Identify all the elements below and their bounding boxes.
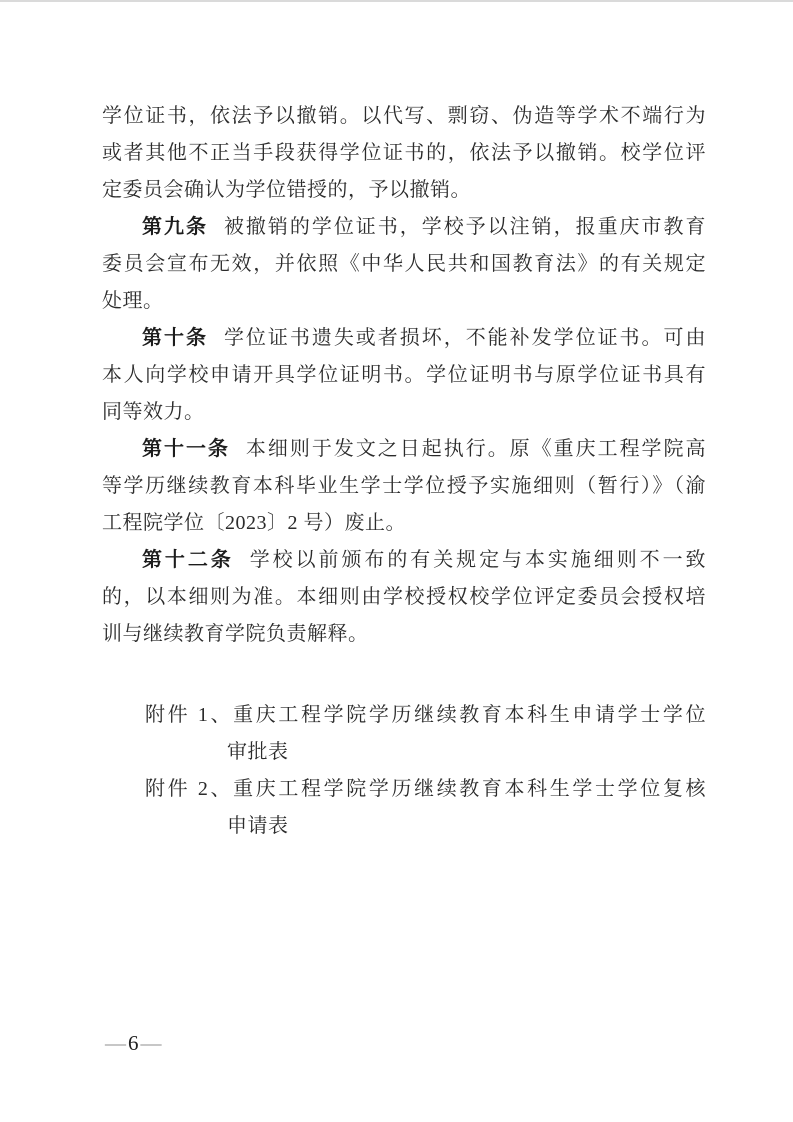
paragraph: 第十二条学校以前颁布的有关规定与本实施细则不一致 的，以本细则为准。本细则由学校…: [102, 542, 706, 653]
attachment-label: 附件 1、: [145, 704, 233, 726]
text-line: 处理。: [102, 283, 706, 320]
article-term: 第十一条: [142, 438, 230, 460]
text-line: 委员会宣布无效，并依照《中华人民共和国教育法》的有关规定: [102, 246, 706, 283]
text-line: 或者其他不正当手段获得学位证书的，依法予以撤销。校学位评: [102, 135, 706, 172]
attachment-line: 附件 2、重庆工程学院学历继续教育本科生学士学位复核: [102, 771, 706, 808]
attachment-line: 申请表: [102, 808, 706, 845]
page-number-value: 6: [126, 1031, 141, 1055]
text-line: 第九条被撤销的学位证书，学校予以注销，报重庆市教育: [102, 209, 706, 246]
text-line: 第十条学位证书遗失或者损坏，不能补发学位证书。可由: [102, 320, 706, 357]
text-line: 的，以本细则为准。本细则由学校授权校学位评定委员会授权培: [102, 579, 706, 616]
attachments-section: 附件 1、重庆工程学院学历继续教育本科生申请学士学位 审批表 附件 2、重庆工程…: [102, 697, 706, 845]
article-text: 被撤销的学位证书，学校予以注销，报重庆市教育: [224, 216, 706, 238]
page-number-dash: —: [105, 1031, 126, 1055]
article-text: 本细则于发文之日起执行。原《重庆工程学院高: [246, 438, 706, 460]
text-line: 第十一条本细则于发文之日起执行。原《重庆工程学院高: [102, 431, 706, 468]
paragraph: 第九条被撤销的学位证书，学校予以注销，报重庆市教育 委员会宣布无效，并依照《中华…: [102, 209, 706, 320]
article-text: 学位证书遗失或者损坏，不能补发学位证书。可由: [224, 327, 706, 349]
text-line: 同等效力。: [102, 394, 706, 431]
text-line: 等学历继续教育本科毕业生学士学位授予实施细则（暂行）》（渝: [102, 468, 706, 505]
text-line: 学位证书，依法予以撤销。以代写、剽窃、伪造等学术不端行为: [102, 98, 706, 135]
paragraph: 第十一条本细则于发文之日起执行。原《重庆工程学院高 等学历继续教育本科毕业生学士…: [102, 431, 706, 542]
article-term: 第十条: [142, 327, 208, 349]
document-body: 学位证书，依法予以撤销。以代写、剽窃、伪造等学术不端行为 或者其他不正当手段获得…: [102, 98, 706, 845]
article-term: 第九条: [142, 216, 208, 238]
text-line: 定委员会确认为学位错授的，予以撤销。: [102, 172, 706, 209]
attachment-title: 重庆工程学院学历继续教育本科生学士学位复核: [233, 778, 706, 800]
text-line: 本人向学校申请开具学位证明书。学位证明书与原学位证书具有: [102, 357, 706, 394]
attachment-line: 附件 1、重庆工程学院学历继续教育本科生申请学士学位: [102, 697, 706, 734]
text-line: 工程院学位〔2023〕2 号）废止。: [102, 505, 706, 542]
document-page: 学位证书，依法予以撤销。以代写、剽窃、伪造等学术不端行为 或者其他不正当手段获得…: [0, 0, 793, 1122]
page-number-dash: —: [141, 1031, 162, 1055]
scan-edge-line: [0, 0, 793, 2]
article-text: 学校以前颁布的有关规定与本实施细则不一致: [250, 549, 706, 571]
text-line: 第十二条学校以前颁布的有关规定与本实施细则不一致: [102, 542, 706, 579]
attachment-title: 重庆工程学院学历继续教育本科生申请学士学位: [233, 704, 706, 726]
paragraph: 学位证书，依法予以撤销。以代写、剽窃、伪造等学术不端行为 或者其他不正当手段获得…: [102, 98, 706, 209]
attachment-line: 审批表: [102, 734, 706, 771]
page-number: —6—: [105, 1030, 162, 1056]
text-line: 训与继续教育学院负责解释。: [102, 616, 706, 653]
article-term: 第十二条: [142, 549, 234, 571]
attachment-label: 附件 2、: [145, 778, 233, 800]
paragraph: 第十条学位证书遗失或者损坏，不能补发学位证书。可由 本人向学校申请开具学位证明书…: [102, 320, 706, 431]
